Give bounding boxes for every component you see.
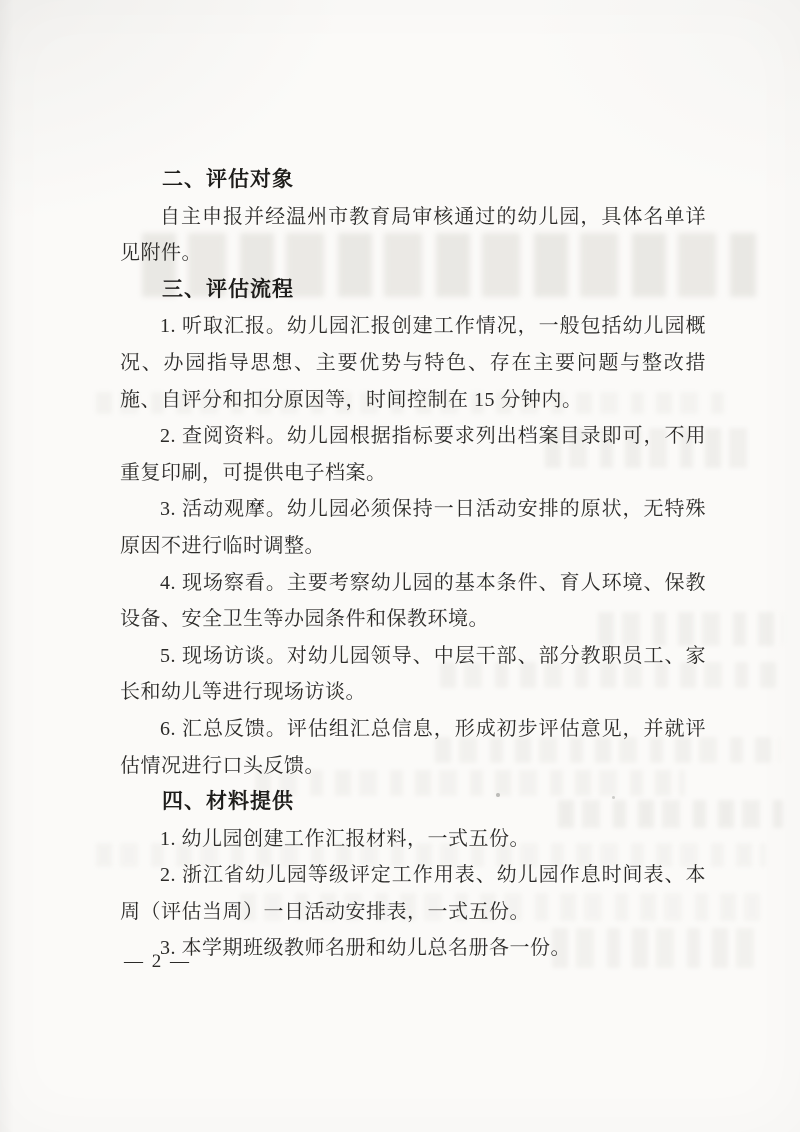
- section-heading-materials: 四、材料提供: [120, 784, 706, 821]
- section-heading-evaluation-targets: 二、评估对象: [120, 162, 706, 199]
- paragraph-step-5-site-interviews: 5. 现场访谈。对幼儿园领导、中层干部、部分教职员工、家长和幼儿等进行现场访谈。: [120, 638, 706, 711]
- paragraph-step-6-feedback: 6. 汇总反馈。评估组汇总信息，形成初步评估意见，并就评估情况进行口头反馈。: [120, 711, 706, 784]
- scanned-document-page: 二、评估对象 自主申报并经温州市教育局审核通过的幼儿园，具体名单详见附件。 三、…: [0, 0, 800, 1132]
- section-heading-evaluation-process: 三、评估流程: [120, 272, 706, 309]
- paragraph-step-2-review-materials: 2. 查阅资料。幼儿园根据指标要求列出档案目录即可，不用重复印刷，可提供电子档案…: [120, 418, 706, 491]
- document-body: 二、评估对象 自主申报并经温州市教育局审核通过的幼儿园，具体名单详见附件。 三、…: [120, 162, 706, 967]
- paragraph-material-3: 3. 本学期班级教师名册和幼儿总名册各一份。: [120, 930, 706, 967]
- paragraph-material-2: 2. 浙江省幼儿园等级评定工作用表、幼儿园作息时间表、本周（评估当周）一日活动安…: [120, 857, 706, 930]
- paragraph-step-4-site-inspection: 4. 现场察看。主要考察幼儿园的基本条件、育人环境、保教设备、安全卫生等办园条件…: [120, 565, 706, 638]
- paragraph-evaluation-targets: 自主申报并经温州市教育局审核通过的幼儿园，具体名单详见附件。: [120, 199, 706, 272]
- page-number: — 2 —: [124, 951, 191, 973]
- paragraph-material-1: 1. 幼儿园创建工作汇报材料，一式五份。: [120, 821, 706, 858]
- paragraph-step-3-activity-observe: 3. 活动观摩。幼儿园必须保持一日活动安排的原状，无特殊原因不进行临时调整。: [120, 491, 706, 564]
- paragraph-step-1-report: 1. 听取汇报。幼儿园汇报创建工作情况，一般包括幼儿园概况、办园指导思想、主要优…: [120, 308, 706, 418]
